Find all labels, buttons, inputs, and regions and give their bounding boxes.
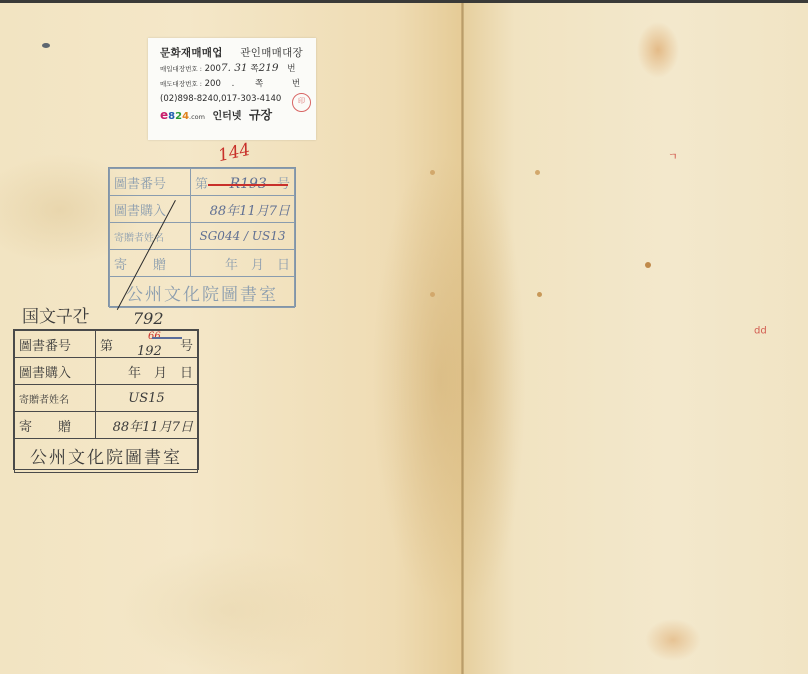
stamp-row-donor: 寄贈者姓名 SG044 / US13 [110, 223, 295, 250]
foxing-spot [645, 262, 651, 268]
stamp-black-number-note: 792 [133, 309, 164, 328]
book-spine [461, 0, 464, 674]
foxing-spot [537, 292, 542, 297]
stamp-row-book-number: 圖書番号 第 66 192 号 [15, 331, 198, 358]
top-edge [0, 0, 808, 3]
label-dealer-type: 문화재매매업 [160, 47, 223, 59]
stamp-row-donation: 寄 贈 88年11月7日 [15, 412, 198, 439]
label-ledger-type: 관인매매대장 [240, 47, 303, 59]
stamp-library-name: 公州文化院圖書室 [15, 439, 198, 473]
library-stamp-blue: 圖書番号 第 R193 号 圖書購入 88年11月7日 寄贈者姓名 SG044 … [108, 167, 296, 307]
red-seal-icon: 印 [292, 93, 311, 112]
dust-speck [42, 43, 50, 48]
label-brand: e824.com 인터넷 규장 [160, 108, 316, 125]
red-mark-top: ㄱ [668, 148, 678, 163]
stamp-row-purchase: 圖書購入 88年11月7日 [110, 196, 295, 223]
foxing-spot [430, 292, 435, 297]
stamp-row-purchase: 圖書購入 年 月 日 [15, 358, 198, 385]
stamp-row-book-number: 圖書番号 第 R193 号 [110, 169, 295, 196]
label-header: 문화재매매업 관인매매대장 [160, 46, 316, 61]
stamp-black-header-note: 国文구간 [22, 302, 89, 327]
label-signature: 규장 [249, 108, 272, 122]
blue-strike-line [152, 337, 182, 339]
red-mark-bottom: pp [754, 325, 767, 336]
right-page [463, 0, 808, 674]
book-spread: 문화재매매업 관인매매대장 매입대장번호 : 2007. 31 쪽219 번 매… [0, 0, 808, 674]
foxing-spot [430, 170, 435, 175]
library-stamp-black: 圖書番号 第 66 192 号 圖書購入 年 月 日 寄贈者姓名 US15 寄 … [13, 329, 199, 470]
label-purchase-row: 매입대장번호 : 2007. 31 쪽219 번 [160, 61, 316, 77]
red-strike-line [208, 184, 288, 186]
stamp-row-donor: 寄贈者姓名 US15 [15, 385, 198, 412]
foxing-spot [535, 170, 540, 175]
stamp-library-name: 公州文化院圖書室 [110, 277, 295, 308]
dealer-label: 문화재매매업 관인매매대장 매입대장번호 : 2007. 31 쪽219 번 매… [148, 38, 316, 140]
label-sale-row: 매도대장번호 : 200 . 쪽 번 [160, 77, 316, 92]
